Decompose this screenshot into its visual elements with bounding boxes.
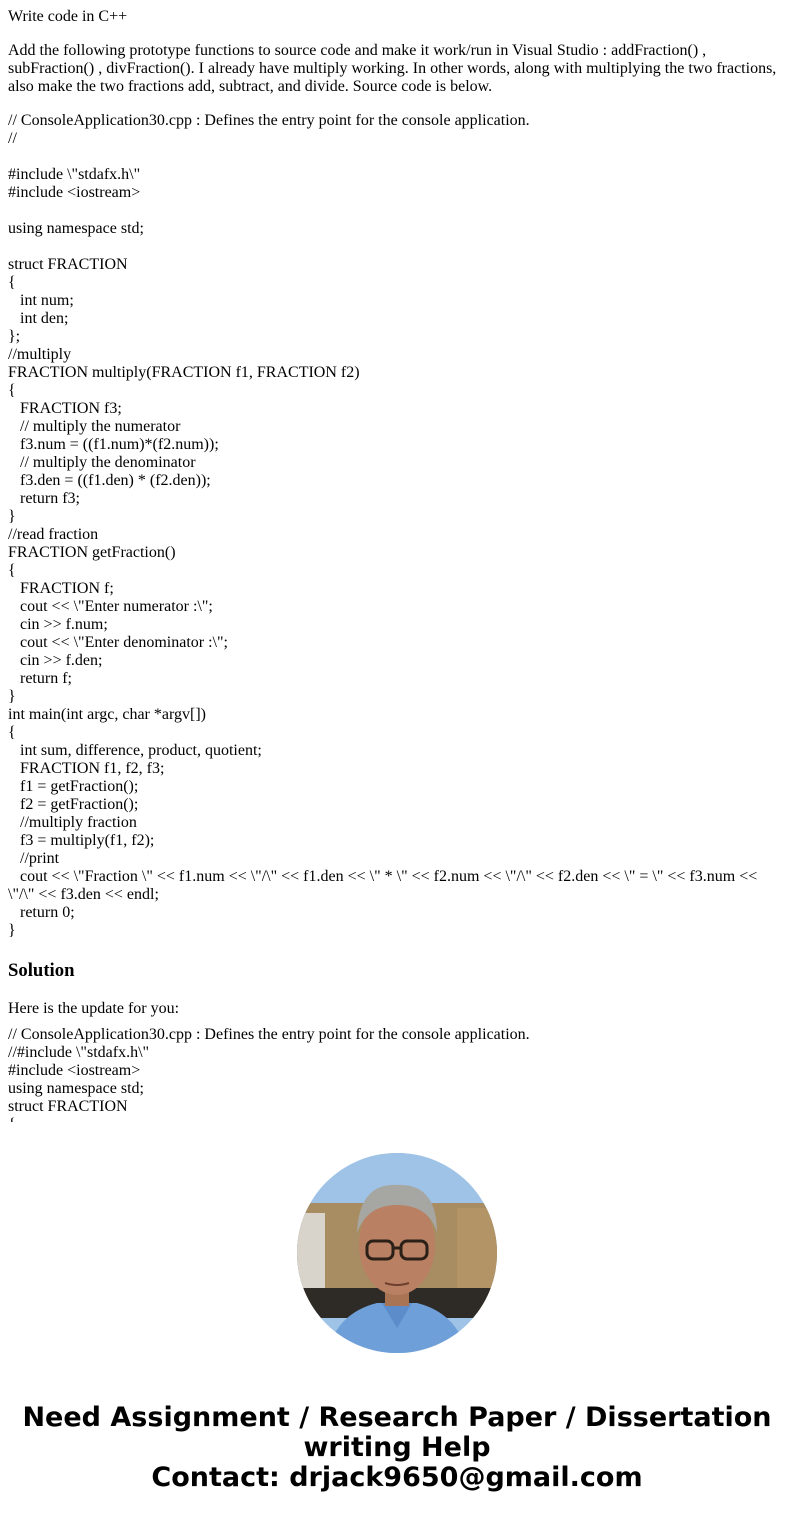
code-line: { — [8, 382, 786, 400]
code-line: struct FRACTION — [8, 256, 786, 274]
code-line: cin >> f.num; — [8, 616, 786, 634]
code-line: //multiply — [8, 346, 786, 364]
question-code-block: // ConsoleApplication30.cpp : Defines th… — [8, 112, 786, 940]
code-line: using namespace std; — [8, 220, 786, 238]
code-line: return 0; — [8, 904, 786, 922]
code-line: cout << \"Fraction \" << f1.num << \"/\"… — [8, 868, 786, 904]
code-line: int sum, difference, product, quotient; — [8, 742, 786, 760]
code-line: f2 = getFraction(); — [8, 796, 786, 814]
code-line: #include <iostream> — [8, 1062, 786, 1080]
code-line: // ConsoleApplication30.cpp : Defines th… — [8, 1026, 786, 1044]
code-line: return f; — [8, 670, 786, 688]
code-line: }; — [8, 328, 786, 346]
code-line: f1 = getFraction(); — [8, 778, 786, 796]
question-title: Write code in C++ — [8, 8, 786, 26]
code-line: //multiply fraction — [8, 814, 786, 832]
code-line: { — [8, 562, 786, 580]
code-line: cout << \"Enter denominator :\"; — [8, 634, 786, 652]
code-line: using namespace std; — [8, 1080, 786, 1098]
code-line: #include <iostream> — [8, 184, 786, 202]
code-line: struct FRACTION — [8, 1098, 786, 1116]
code-line: FRACTION multiply(FRACTION f1, FRACTION … — [8, 364, 786, 382]
code-line: cout << \"Enter numerator :\"; — [8, 598, 786, 616]
promo-text: Need Assignment / Research Paper / Disse… — [0, 1403, 794, 1463]
code-line: FRACTION f; — [8, 580, 786, 598]
question-section: Write code in C++ Add the following prot… — [8, 8, 786, 1034]
code-line — [8, 202, 786, 220]
code-line: int den; — [8, 310, 786, 328]
code-line — [8, 148, 786, 166]
code-line: return f3; — [8, 490, 786, 508]
code-line: } — [8, 508, 786, 526]
code-line: // multiply the denominator — [8, 454, 786, 472]
promo-banner: Need Assignment / Research Paper / Disse… — [0, 1403, 794, 1493]
code-line: // multiply the numerator — [8, 418, 786, 436]
question-description: Add the following prototype functions to… — [8, 42, 786, 96]
code-line: { — [8, 1116, 786, 1122]
code-line: //#include \"stdafx.h\" — [8, 1044, 786, 1062]
code-line: //read fraction — [8, 526, 786, 544]
promo-contact: Contact: drjack9650@gmail.com — [0, 1463, 794, 1493]
code-line: cin >> f.den; — [8, 652, 786, 670]
code-line: FRACTION getFraction() — [8, 544, 786, 562]
code-line: } — [8, 922, 786, 940]
code-line: { — [8, 274, 786, 292]
code-line: { — [8, 724, 786, 742]
code-line: // — [8, 130, 786, 148]
code-line: int main(int argc, char *argv[]) — [8, 706, 786, 724]
code-line: int num; — [8, 292, 786, 310]
solution-heading: Solution — [8, 960, 786, 982]
person-portrait-icon — [297, 1153, 497, 1353]
code-line: f3 = multiply(f1, f2); — [8, 832, 786, 850]
code-line: FRACTION f3; — [8, 400, 786, 418]
code-line: // ConsoleApplication30.cpp : Defines th… — [8, 112, 786, 130]
solution-intro: Here is the update for you: — [8, 1000, 786, 1018]
code-line — [8, 238, 786, 256]
code-line: } — [8, 688, 786, 706]
author-avatar — [297, 1153, 497, 1353]
code-line: f3.den = ((f1.den) * (f2.den)); — [8, 472, 786, 490]
code-line: //print — [8, 850, 786, 868]
code-line: f3.num = ((f1.num)*(f2.num)); — [8, 436, 786, 454]
solution-code-block: // ConsoleApplication30.cpp : Defines th… — [8, 1026, 786, 1122]
code-line: FRACTION f1, f2, f3; — [8, 760, 786, 778]
code-line: #include \"stdafx.h\" — [8, 166, 786, 184]
